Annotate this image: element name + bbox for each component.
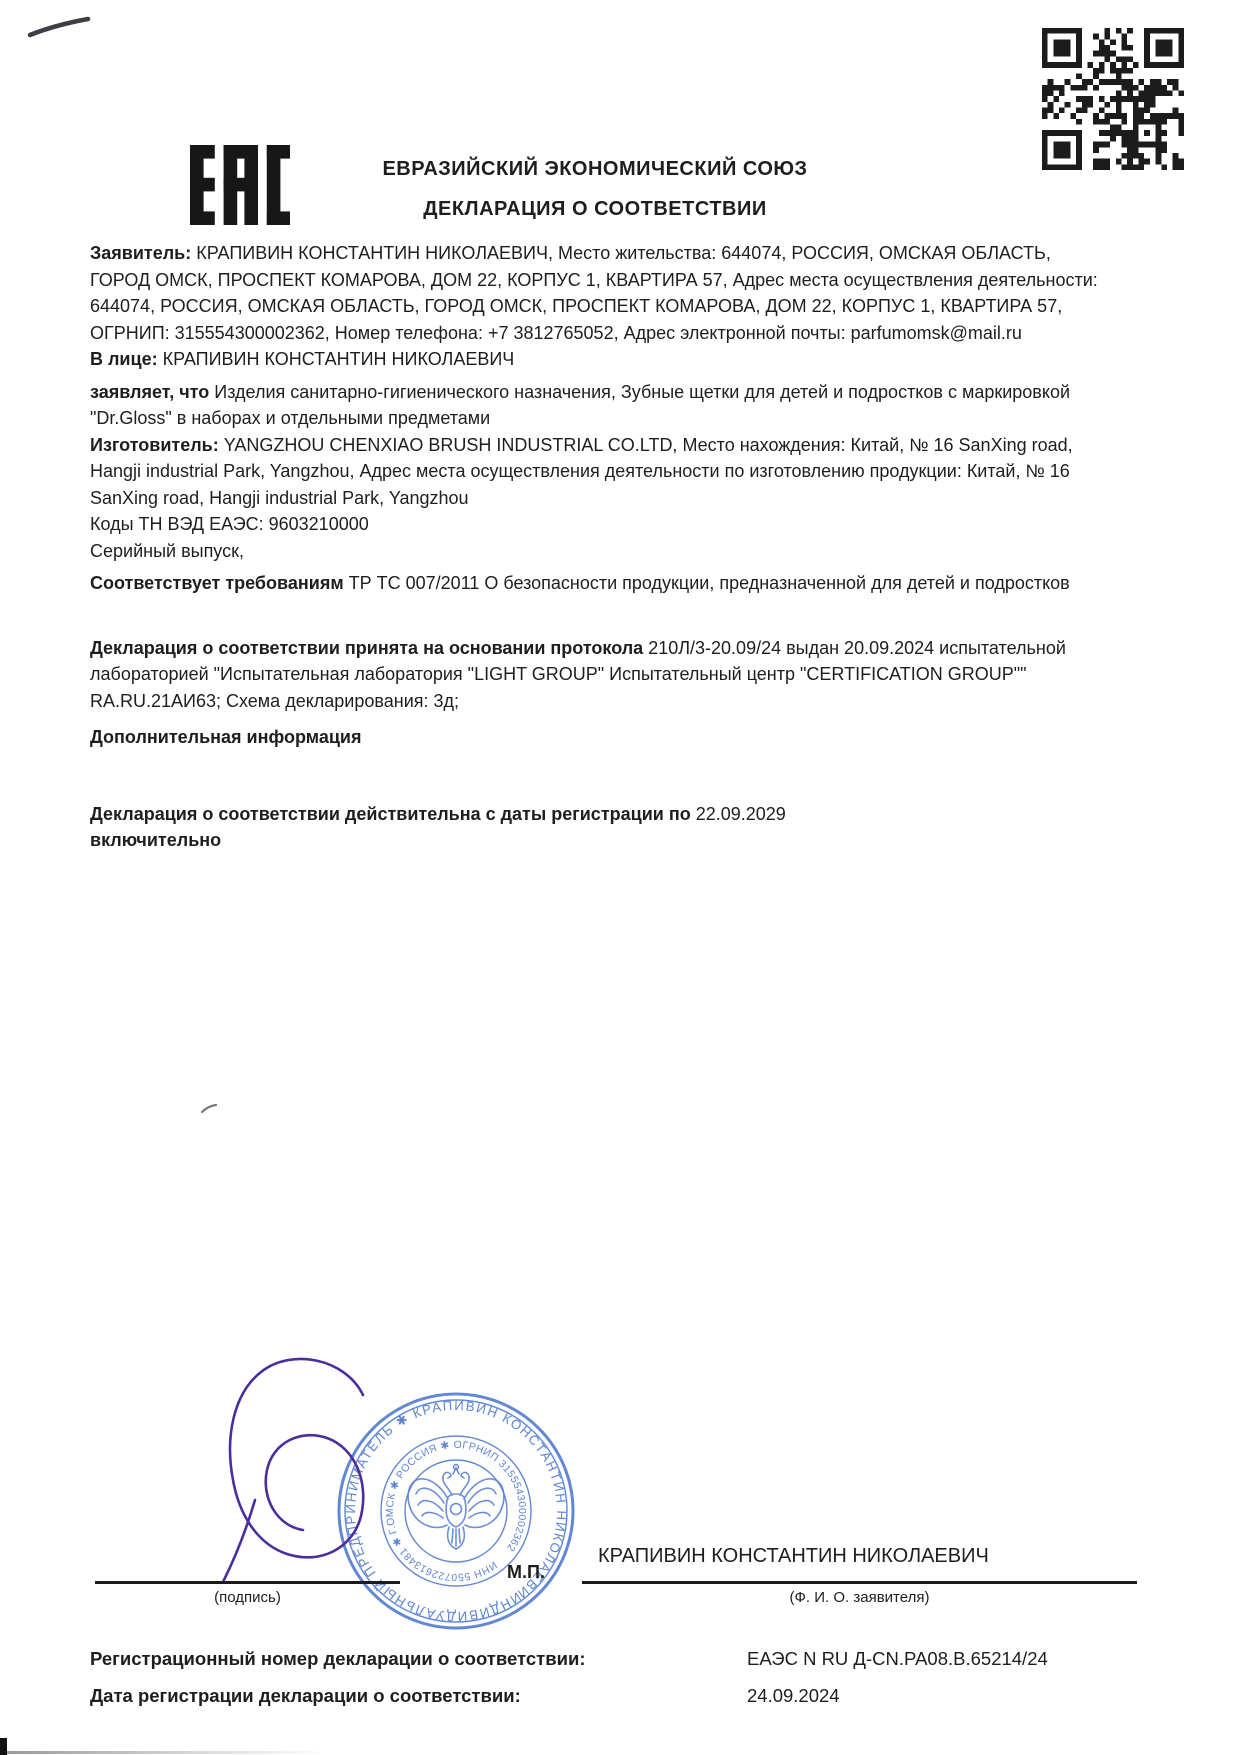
additional-info-heading: Дополнительная информация	[90, 724, 1098, 751]
declares-label: заявляет, что	[90, 382, 209, 402]
validity-label: Декларация о соответствии действительна …	[90, 804, 691, 824]
tnved-codes-line: Коды ТН ВЭД ЕАЭС: 9603210000	[90, 511, 1098, 538]
complies-paragraph: Соответствует требованиям ТР ТС 007/2011…	[90, 570, 1098, 597]
basis-label: Декларация о соответствии принята на осн…	[90, 638, 643, 658]
declares-text: Изделия санитарно-гигиенического назначе…	[90, 382, 1070, 429]
signatory-name: КРАПИВИН КОНСТАНТИН НИКОЛАЕВИЧ	[598, 1545, 1073, 1568]
manufacturer-paragraph: Изготовитель: YANGZHOU CHENXIAO BRUSH IN…	[90, 432, 1098, 512]
pen-stroke-artifact	[20, 8, 110, 48]
in-person-text: КРАПИВИН КОНСТАНТИН НИКОЛАЕВИЧ	[158, 349, 515, 369]
handwritten-signature	[195, 1330, 415, 1610]
validity-suffix: включительно	[90, 830, 221, 850]
in-person-paragraph: В лице: КРАПИВИН КОНСТАНТИН НИКОЛАЕВИЧ	[90, 346, 1098, 373]
applicant-text: КРАПИВИН КОНСТАНТИН НИКОЛАЕВИЧ, Место жи…	[90, 243, 1098, 343]
manufacturer-label: Изготовитель:	[90, 435, 219, 455]
serial-release-line: Серийный выпуск,	[90, 538, 1098, 565]
validity-paragraph: Декларация о соответствии действительна …	[90, 801, 1098, 854]
signature-line	[95, 1581, 400, 1584]
signature-caption: (подпись)	[95, 1589, 400, 1606]
stamp-place-label: М.П.	[507, 1562, 545, 1583]
registration-date-label: Дата регистрации декларации о соответств…	[90, 1685, 521, 1707]
name-caption: (Ф. И. О. заявителя)	[582, 1589, 1137, 1606]
scan-edge-artifact	[0, 1738, 7, 1755]
union-title: ЕВРАЗИЙСКИЙ ЭКОНОМИЧЕСКИЙ СОЮЗ	[90, 158, 1100, 181]
basis-paragraph: Декларация о соответствии принята на осн…	[90, 635, 1098, 715]
applicant-paragraph: Заявитель: КРАПИВИН КОНСТАНТИН НИКОЛАЕВИ…	[90, 240, 1098, 346]
header: ЕВРАЗИЙСКИЙ ЭКОНОМИЧЕСКИЙ СОЮЗ ДЕКЛАРАЦИ…	[90, 158, 1100, 221]
document-body: Заявитель: КРАПИВИН КОНСТАНТИН НИКОЛАЕВИ…	[90, 240, 1098, 854]
in-person-label: В лице:	[90, 349, 158, 369]
qr-code	[1042, 28, 1184, 170]
double-headed-eagle-icon	[408, 1465, 504, 1549]
registration-date-value: 24.09.2024	[747, 1685, 840, 1707]
applicant-label: Заявитель:	[90, 243, 191, 263]
complies-text: ТР ТС 007/2011 О безопасности продукции,…	[344, 573, 1070, 593]
declaration-document-page: ЕВРАЗИЙСКИЙ ЭКОНОМИЧЕСКИЙ СОЮЗ ДЕКЛАРАЦИ…	[0, 0, 1240, 1755]
complies-label: Соответствует требованиям	[90, 573, 344, 593]
declares-paragraph: заявляет, что Изделия санитарно-гигиенич…	[90, 379, 1098, 432]
name-line	[582, 1581, 1137, 1584]
scan-edge-smudge	[7, 1751, 327, 1754]
document-title: ДЕКЛАРАЦИЯ О СООТВЕТСТВИИ	[90, 198, 1100, 221]
manufacturer-text: YANGZHOU CHENXIAO BRUSH INDUSTRIAL CO.LT…	[90, 435, 1073, 508]
validity-date: 22.09.2029	[691, 804, 786, 824]
registration-number-label: Регистрационный номер декларации о соотв…	[90, 1648, 586, 1670]
registration-number-value: ЕАЭС N RU Д-CN.РА08.В.65214/24	[747, 1648, 1048, 1670]
ink-dot-artifact	[198, 1100, 220, 1118]
